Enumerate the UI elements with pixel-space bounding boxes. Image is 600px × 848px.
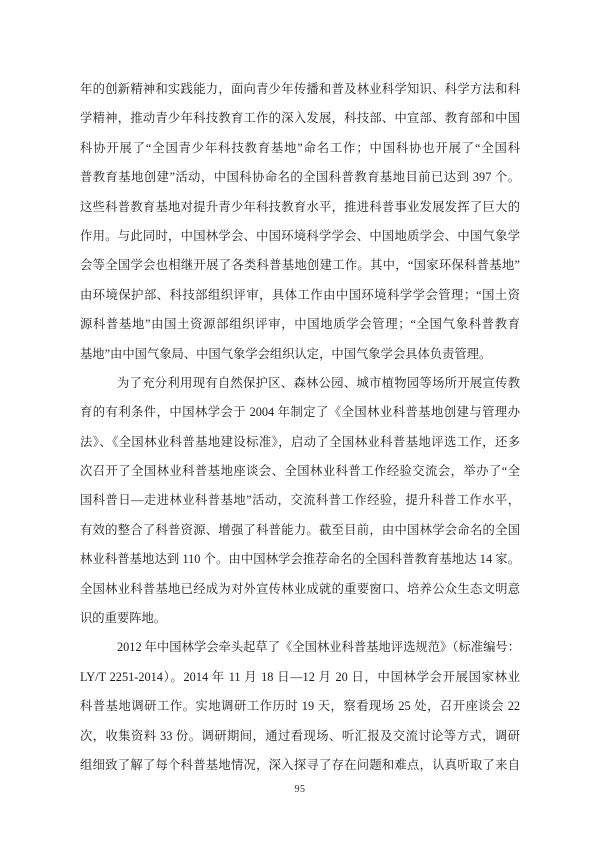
text-line: 科普基地调研工作。实地调研工作历时 19 天，察看现场 25 处，召开座谈会 2… xyxy=(80,692,520,721)
text-line: 会等全国学会也相继开展了各类科普基地创建工作。其中，“国家环保科普基地” xyxy=(80,251,520,280)
text-line: 源科普基地”由国土资源部组织评审，中国地质学会管理；“全国气象科普教育 xyxy=(80,310,520,339)
text-line: 全国林业科普基地已经成为对外宣传林业成就的重要窗口、培养公众生态文明意 xyxy=(80,575,520,604)
document-page: 年的创新精神和实践能力，面向青少年传播和普及林业科学知识、科学方法和科学精神，推… xyxy=(0,0,600,848)
text-line: 2012 年中国林学会牵头起草了《全国林业科普基地评选规范》（标准编号： xyxy=(80,633,520,662)
text-line: LY/T 2251-2014）。2014 年 11 月 18 日—12 月 20… xyxy=(80,663,520,692)
text-line: 由环境保护部、科技部组织评审，具体工作由中国环境科学学会管理；“国土资 xyxy=(80,281,520,310)
text-line: 识的重要阵地。 xyxy=(80,604,520,633)
text-line: 这些科普教育基地对提升青少年科技教育水平，推进科普事业发展发挥了巨大的 xyxy=(80,193,520,222)
text-line: 法》、《全国林业科普基地建设标准》，启动了全国林业科普基地评选工作，还多 xyxy=(80,428,520,457)
text-line: 为了充分利用现有自然保护区、森林公园、城市植物园等场所开展宣传教 xyxy=(80,369,520,398)
text-line: 作用。与此同时，中国林学会、中国环境科学学会、中国地质学会、中国气象学 xyxy=(80,222,520,251)
body-text: 年的创新精神和实践能力，面向青少年传播和普及林业科学知识、科学方法和科学精神，推… xyxy=(80,75,520,780)
text-line: 育的有利条件，中国林学会于 2004 年制定了《全国林业科普基地创建与管理办 xyxy=(80,398,520,427)
page-number: 95 xyxy=(80,784,520,795)
text-line: 次召开了全国林业科普基地座谈会、全国林业科普工作经验交流会，举办了“全 xyxy=(80,457,520,486)
text-line: 科协开展了“全国青少年科技教育基地”命名工作；中国科协也开展了“全国科 xyxy=(80,134,520,163)
text-line: 组细致了解了每个科普基地情况，深入探寻了存在问题和难点，认真听取了来自 xyxy=(80,751,520,780)
text-line: 次，收集资料 33 份。调研期间，通过看现场、听汇报及交流讨论等方式，调研 xyxy=(80,722,520,751)
text-line: 基地”由中国气象局、中国气象学会组织认定，中国气象学会具体负责管理。 xyxy=(80,340,520,369)
text-line: 学精神，推动青少年科技教育工作的深入发展，科技部、中宣部、教育部和中国 xyxy=(80,104,520,133)
text-line: 有效的整合了科普资源、增强了科普能力。截至目前，由中国林学会命名的全国 xyxy=(80,516,520,545)
text-line: 普教育基地创建”活动，中国科协命名的全国科普教育基地目前已达到 397 个。 xyxy=(80,163,520,192)
text-line: 林业科普基地达到 110 个。由中国林学会推荐命名的全国科普教育基地达 14 家… xyxy=(80,545,520,574)
text-line: 年的创新精神和实践能力，面向青少年传播和普及林业科学知识、科学方法和科 xyxy=(80,75,520,104)
text-line: 国科普日—走进林业科普基地”活动，交流科普工作经验，提升科普工作水平， xyxy=(80,486,520,515)
